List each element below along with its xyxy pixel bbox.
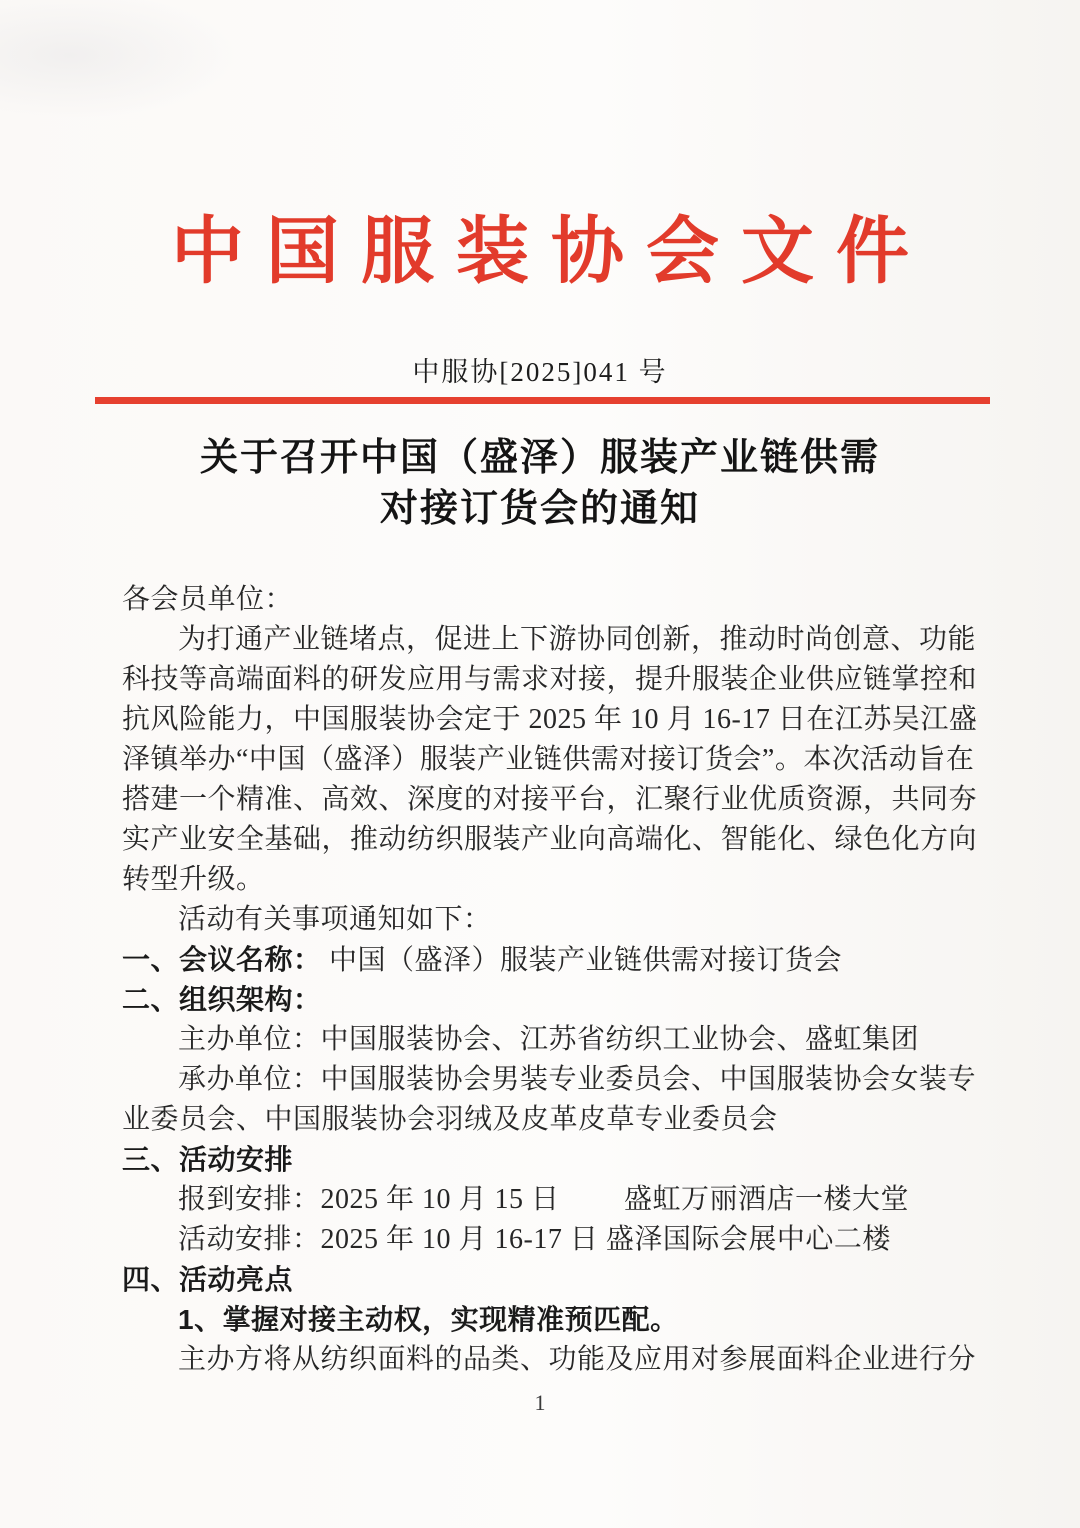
line-text: 活动有关事项通知如下：	[178, 904, 492, 935]
line-text: 承办单位：中国服装协会男装专业委员会、中国服装协会女装专	[178, 1064, 976, 1095]
notice-title: 关于召开中国（盛泽）服装产业链供需 对接订货会的通知	[0, 433, 1080, 535]
section-4-highlights: 四、活动亮点	[122, 1260, 992, 1300]
body-line-7: 转型升级。	[122, 860, 992, 900]
section-2-organization: 二、组织架构：	[122, 980, 992, 1020]
registration-schedule-line: 报到安排：2025 年 10 月 15 日 盛虹万丽酒店一楼大堂	[122, 1180, 992, 1220]
document-page: 中国服装协会文件 中服协[2025]041 号 关于召开中国（盛泽）服装产业链供…	[0, 0, 1080, 1528]
line-text: 主办单位：中国服装协会、江苏省纺织工业协会、盛虹集团	[178, 1024, 919, 1055]
section-heading-text: 四、活动亮点	[122, 1264, 293, 1295]
section-heading-text: 二、组织架构：	[122, 984, 322, 1015]
notice-title-line1: 关于召开中国（盛泽）服装产业链供需	[0, 433, 1080, 484]
line-text: 中国（盛泽）服装产业链供需对接订货会	[329, 945, 842, 976]
body-line-8: 活动有关事项通知如下：	[122, 900, 992, 940]
highlight-1-body: 主办方将从纺织面料的品类、功能及应用对参展面料企业进行分	[122, 1340, 992, 1380]
body-line-4: 泽镇举办“中国（盛泽）服装产业链供需对接订货会”。本次活动旨在	[122, 740, 992, 780]
line-text: 转型升级。	[122, 864, 265, 895]
notice-title-line2: 对接订货会的通知	[0, 484, 1080, 535]
line-text: 主办方将从纺织面料的品类、功能及应用对参展面料企业进行分	[178, 1344, 976, 1375]
organizer-units-line-2: 业委员会、中国服装协会羽绒及皮革皮草专业委员会	[122, 1100, 992, 1140]
salutation: 各会员单位：	[122, 580, 992, 620]
line-text: 抗风险能力，中国服装协会定于 2025 年 10 月 16-17 日在江苏吴江盛	[122, 704, 977, 735]
line-text: 业委员会、中国服装协会羽绒及皮革皮草专业委员会	[122, 1104, 778, 1135]
section-3-schedule: 三、活动安排	[122, 1140, 992, 1180]
agency-header-title: 中国服装协会文件	[0, 192, 1080, 297]
body-line-3: 抗风险能力，中国服装协会定于 2025 年 10 月 16-17 日在江苏吴江盛	[122, 700, 992, 740]
section-heading-text: 1、掌握对接主动权，实现精准预匹配。	[178, 1304, 679, 1335]
body-line-2: 科技等高端面料的研发应用与需求对接，提升服装企业供应链掌控和	[122, 660, 992, 700]
highlight-1-heading: 1、掌握对接主动权，实现精准预匹配。	[122, 1300, 992, 1340]
line-text: 泽镇举办“中国（盛泽）服装产业链供需对接订货会”。本次活动旨在	[122, 744, 974, 775]
red-separator-line	[95, 397, 990, 404]
line-text: 搭建一个精准、高效、深度的对接平台，汇聚行业优质资源，共同夯	[122, 784, 977, 815]
body-line-5: 搭建一个精准、高效、深度的对接平台，汇聚行业优质资源，共同夯	[122, 780, 992, 820]
line-text: 报到安排：2025 年 10 月 15 日 盛虹万丽酒店一楼大堂	[178, 1184, 909, 1215]
organizer-units-line-1: 承办单位：中国服装协会男装专业委员会、中国服装协会女装专	[122, 1060, 992, 1100]
line-text: 科技等高端面料的研发应用与需求对接，提升服装企业供应链掌控和	[122, 664, 977, 695]
body-line-6: 实产业安全基础，推动纺织服装产业向高端化、智能化、绿色化方向	[122, 820, 992, 860]
section-1-meeting-name: 一、会议名称： 中国（盛泽）服装产业链供需对接订货会	[122, 940, 992, 980]
section-heading-text: 三、活动安排	[122, 1144, 293, 1175]
notice-body: 各会员单位： 为打通产业链堵点，促进上下游协同创新，推动时尚创意、功能 科技等高…	[122, 580, 992, 1380]
activity-schedule-line: 活动安排：2025 年 10 月 16-17 日 盛泽国际会展中心二楼	[122, 1220, 992, 1260]
line-text: 实产业安全基础，推动纺织服装产业向高端化、智能化、绿色化方向	[122, 824, 977, 855]
body-line-1: 为打通产业链堵点，促进上下游协同创新，推动时尚创意、功能	[122, 620, 992, 660]
host-units-line: 主办单位：中国服装协会、江苏省纺织工业协会、盛虹集团	[122, 1020, 992, 1060]
line-text: 为打通产业链堵点，促进上下游协同创新，推动时尚创意、功能	[178, 624, 976, 655]
page-number: 1	[0, 1390, 1080, 1416]
document-number: 中服协[2025]041 号	[0, 350, 1080, 389]
section-heading-text: 一、会议名称：	[122, 944, 322, 975]
line-text: 活动安排：2025 年 10 月 16-17 日 盛泽国际会展中心二楼	[178, 1224, 891, 1255]
